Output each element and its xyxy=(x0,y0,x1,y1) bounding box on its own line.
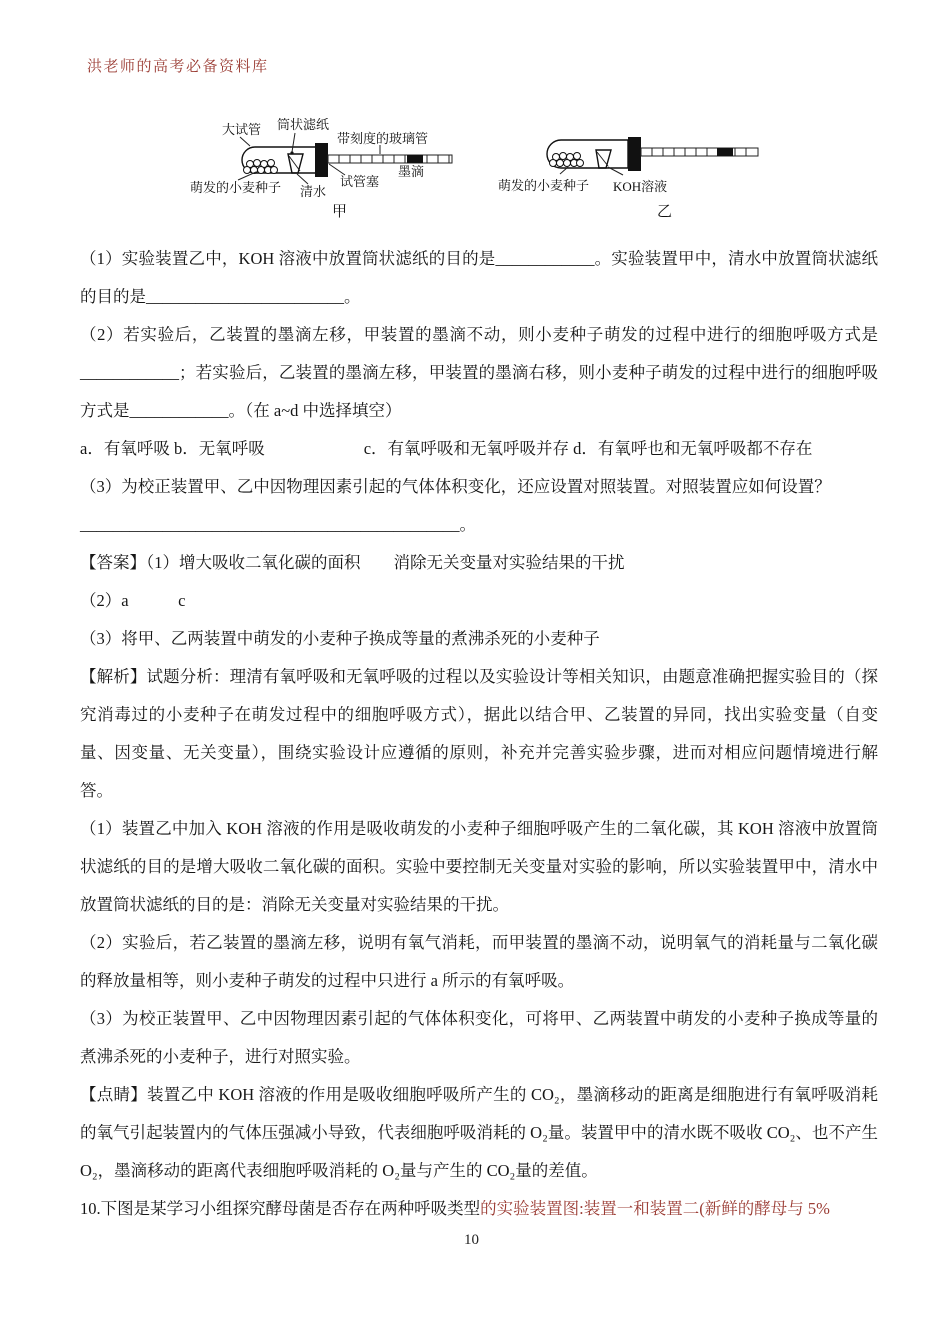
watermark-header: 洪老师的高考必备资料库 xyxy=(87,55,269,76)
apparatus-yi-diagram: 萌发的小麦种子 KOH溶液 乙 xyxy=(480,112,770,224)
page-number: 10 xyxy=(0,1232,943,1249)
next-question-text: 10.下图是某学习小组探究酵母菌是否存在两种呼吸类型 xyxy=(80,1199,480,1218)
label-ink-drop: 墨滴 xyxy=(398,164,424,179)
wheat-seeds-shape xyxy=(244,160,278,174)
answer-line2: （2）a c xyxy=(80,582,878,620)
question-part3: （3）为校正装置甲、乙中因物理因素引起的气体体积变化，还应设置对照装置。对照装置… xyxy=(80,468,878,506)
analysis-point3: （3）为校正装置甲、乙中因物理因素引起的气体体积变化，可将甲、乙两装置中萌发的小… xyxy=(80,1000,878,1076)
question-part3-blank: ________________________________________… xyxy=(80,506,878,544)
apparatus-jia-diagram: 大试管 筒状滤纸 带刻度的玻璃管 墨滴 萌发的小麦种子 清水 试管塞 甲 xyxy=(180,112,480,224)
label-filter-paper: 筒状滤纸 xyxy=(277,117,329,132)
graduation-ticks xyxy=(339,155,449,163)
label-seeds: 萌发的小麦种子 xyxy=(190,180,281,195)
next-question-highlight: 的实验装置图:装置一和装置二(新鲜的酵母与 5% xyxy=(480,1199,830,1218)
question-block: （1）实验装置乙中，KOH 溶液中放置筒状滤纸的目的是____________。… xyxy=(80,240,878,1228)
answer-line3: （3）将甲、乙两装置中萌发的小麦种子换成等量的煮沸杀死的小麦种子 xyxy=(80,620,878,658)
apparatus-figure: 大试管 筒状滤纸 带刻度的玻璃管 墨滴 萌发的小麦种子 清水 试管塞 甲 xyxy=(0,112,943,237)
graduated-tube-shape xyxy=(641,148,758,156)
stopper-shape xyxy=(315,143,328,177)
graduated-tube-shape xyxy=(328,155,452,163)
question-part2: （2）若实验后，乙装置的墨滴左移，甲装置的墨滴不动，则小麦种子萌发的过程中进行的… xyxy=(80,316,878,430)
question-part1: （1）实验装置乙中，KOH 溶液中放置筒状滤纸的目的是____________。… xyxy=(80,240,878,316)
analysis-point1: （1）装置乙中加入 KOH 溶液的作用是吸收萌发的小麦种子细胞呼吸产生的二氧化碳… xyxy=(80,810,878,924)
filter-paper-cone-shape xyxy=(288,151,303,173)
label-koh: KOH溶液 xyxy=(613,179,667,194)
label-seeds: 萌发的小麦种子 xyxy=(498,178,589,193)
caption-yi: 乙 xyxy=(657,204,672,220)
ink-drop-shape xyxy=(407,155,423,163)
answer-line1: 【答案】（1）增大吸收二氧化碳的面积 消除无关变量对实验结果的干扰 xyxy=(80,544,878,582)
filter-paper-cone-shape xyxy=(596,150,611,168)
analysis-point2: （2）实验后，若乙装置的墨滴左移，说明有氧气消耗，而甲装置的墨滴不动，说明氧气的… xyxy=(80,924,878,1000)
ink-drop-shape xyxy=(717,148,733,156)
label-stopper: 试管塞 xyxy=(340,174,379,189)
question-options: a．有氧呼吸 b．无氧呼吸 c．有氧呼吸和无氧呼吸并存 d．有氧呼也和无氧呼吸都… xyxy=(80,430,878,468)
wheat-seeds-shape xyxy=(550,153,584,167)
analysis-tip: 【点睛】装置乙中 KOH 溶液的作用是吸收细胞呼吸所产生的 CO₂，墨滴移动的距… xyxy=(80,1076,878,1190)
label-graduated-tube: 带刻度的玻璃管 xyxy=(337,131,428,146)
next-question: 10.下图是某学习小组探究酵母菌是否存在两种呼吸类型的实验装置图:装置一和装置二… xyxy=(80,1190,878,1228)
stopper-shape xyxy=(628,137,641,171)
label-big-tube: 大试管 xyxy=(222,122,261,137)
label-water: 清水 xyxy=(300,184,326,199)
analysis-intro: 【解析】试题分析：理清有氧呼吸和无氧呼吸的过程以及实验设计等相关知识，由题意准确… xyxy=(80,658,878,810)
caption-jia: 甲 xyxy=(332,203,347,220)
